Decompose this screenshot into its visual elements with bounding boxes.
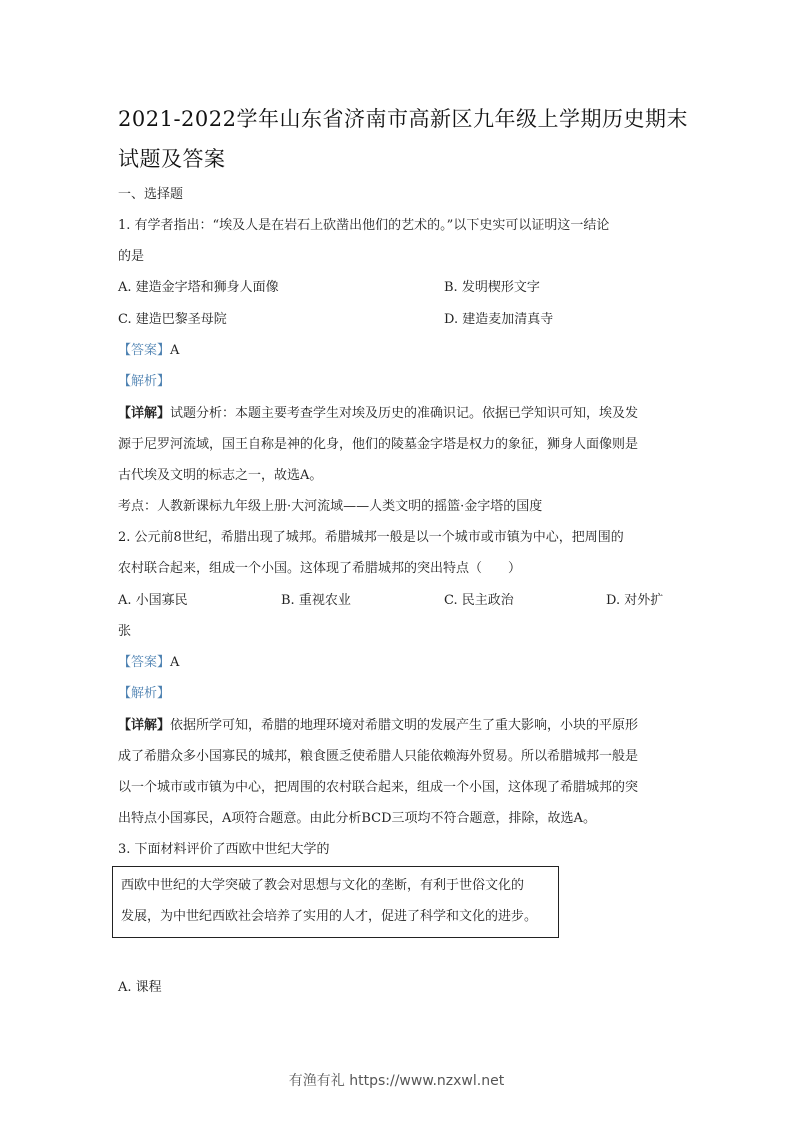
q2-analysis-label: 【解析】 [118, 685, 170, 703]
detail-text: 依据所学可知，希腊的地理环境对希腊文明的发展产生了重大影响，小块的平原形 [170, 718, 638, 733]
option-text: 对外扩 [624, 593, 663, 608]
q1-stem-line1: 1. 有学者指出：“埃及人是在岩石上砍凿出他们的艺术的。”以下史实可以证明这一结… [118, 217, 609, 235]
material-line2: 发展，为中世纪西欧社会培养了实用的人才，促进了科学和文化的进步。 [121, 908, 537, 926]
document-page: 2021-2022学年山东省济南市高新区九年级上学期历史期末 试题及答案 一、选… [0, 0, 793, 1122]
q1-detail-line2: 源于尼罗河流域，国王自称是神的化身，他们的陵墓金字塔是权力的象征，狮身人面像则是 [118, 436, 638, 454]
q2-option-d: D. 对外扩 [606, 592, 663, 610]
material-line1: 西欧中世纪的大学突破了教会对思想与文化的垄断，有利于世俗文化的 [121, 877, 524, 895]
q2-stem-line2: 农村联合起来，组成一个小国。这体现了希腊城邦的突出特点（ ） [118, 560, 521, 578]
option-text: 建造金字塔和狮身人面像 [136, 280, 279, 295]
detail-label: 【详解】 [118, 406, 170, 421]
q3-material-box: 西欧中世纪的大学突破了教会对思想与文化的垄断，有利于世俗文化的 发展，为中世纪西… [112, 866, 559, 938]
q1-detail-line1: 【详解】试题分析：本题主要考查学生对埃及历史的准确识记。依据已学知识可知，埃及发 [118, 405, 638, 423]
q1-kaodian: 考点：人教新课标九年级上册·大河流域——人类文明的摇篮·金字塔的国度 [118, 498, 542, 516]
option-text: 小国寡民 [136, 593, 188, 608]
option-text: 发明楔形文字 [462, 280, 540, 295]
q1-answer: 【答案】A [118, 342, 179, 360]
answer-label: 【答案】 [118, 655, 170, 670]
option-text: 课程 [136, 980, 162, 995]
option-label: A. [118, 980, 132, 995]
option-text: 重视农业 [299, 593, 351, 608]
document-title-line2: 试题及答案 [118, 144, 688, 174]
detail-text: 试题分析：本题主要考查学生对埃及历史的准确识记。依据已学知识可知，埃及发 [170, 406, 638, 421]
q1-option-d: D. 建造麦加清真寺 [444, 311, 553, 329]
document-title-line1: 2021-2022学年山东省济南市高新区九年级上学期历史期末 [118, 104, 688, 134]
section-heading: 一、选择题 [118, 186, 183, 204]
q1-option-a: A. 建造金字塔和狮身人面像 [118, 279, 279, 297]
q1-option-c: C. 建造巴黎圣母院 [118, 311, 227, 329]
option-label: D. [444, 312, 458, 327]
q2-detail-line4: 出特点小国寡民，A项符合题意。由此分析BCD三项均不符合题意，排除，故选A。 [118, 810, 596, 828]
q1-analysis-label: 【解析】 [118, 373, 170, 391]
footer-watermark: 有渔有礼 https://www.nzxwl.net [0, 1070, 793, 1090]
q1-detail-line3: 古代埃及文明的标志之一，故选A。 [118, 467, 322, 485]
answer-label: 【答案】 [118, 343, 170, 358]
option-label: B. [281, 593, 295, 608]
q3-option-a: A. 课程 [118, 979, 162, 997]
option-label: A. [118, 593, 132, 608]
q2-option-a: A. 小国寡民 [118, 592, 188, 610]
q1-option-b: B. 发明楔形文字 [444, 279, 540, 297]
detail-label: 【详解】 [118, 718, 170, 733]
option-text: 建造巴黎圣母院 [136, 312, 227, 327]
option-label: C. [118, 312, 132, 327]
answer-value: A [170, 655, 179, 670]
q2-answer: 【答案】A [118, 654, 179, 672]
option-label: D. [606, 593, 620, 608]
q2-option-d-wrap: 张 [118, 623, 131, 641]
q2-stem-line1: 2. 公元前8世纪，希腊出现了城邦。希腊城邦一般是以一个城市或市镇为中心，把周围… [118, 529, 624, 547]
q2-detail-line3: 以一个城市或市镇为中心，把周围的农村联合起来，组成一个小国，这体现了希腊城邦的突 [118, 779, 638, 797]
option-label: C. [444, 593, 458, 608]
q2-option-b: B. 重视农业 [281, 592, 351, 610]
option-label: A. [118, 280, 132, 295]
q2-detail-line1: 【详解】依据所学可知，希腊的地理环境对希腊文明的发展产生了重大影响，小块的平原形 [118, 717, 638, 735]
q1-stem-line2: 的是 [118, 248, 144, 266]
option-label: B. [444, 280, 458, 295]
option-text: 建造麦加清真寺 [462, 312, 553, 327]
option-text: 民主政治 [462, 593, 514, 608]
answer-value: A [170, 343, 179, 358]
q3-stem-line1: 3. 下面材料评价了西欧中世纪大学的 [118, 841, 330, 859]
q2-option-c: C. 民主政治 [444, 592, 514, 610]
q2-detail-line2: 成了希腊众多小国寡民的城邦，粮食匮乏使希腊人只能依赖海外贸易。所以希腊城邦一般是 [118, 748, 638, 766]
